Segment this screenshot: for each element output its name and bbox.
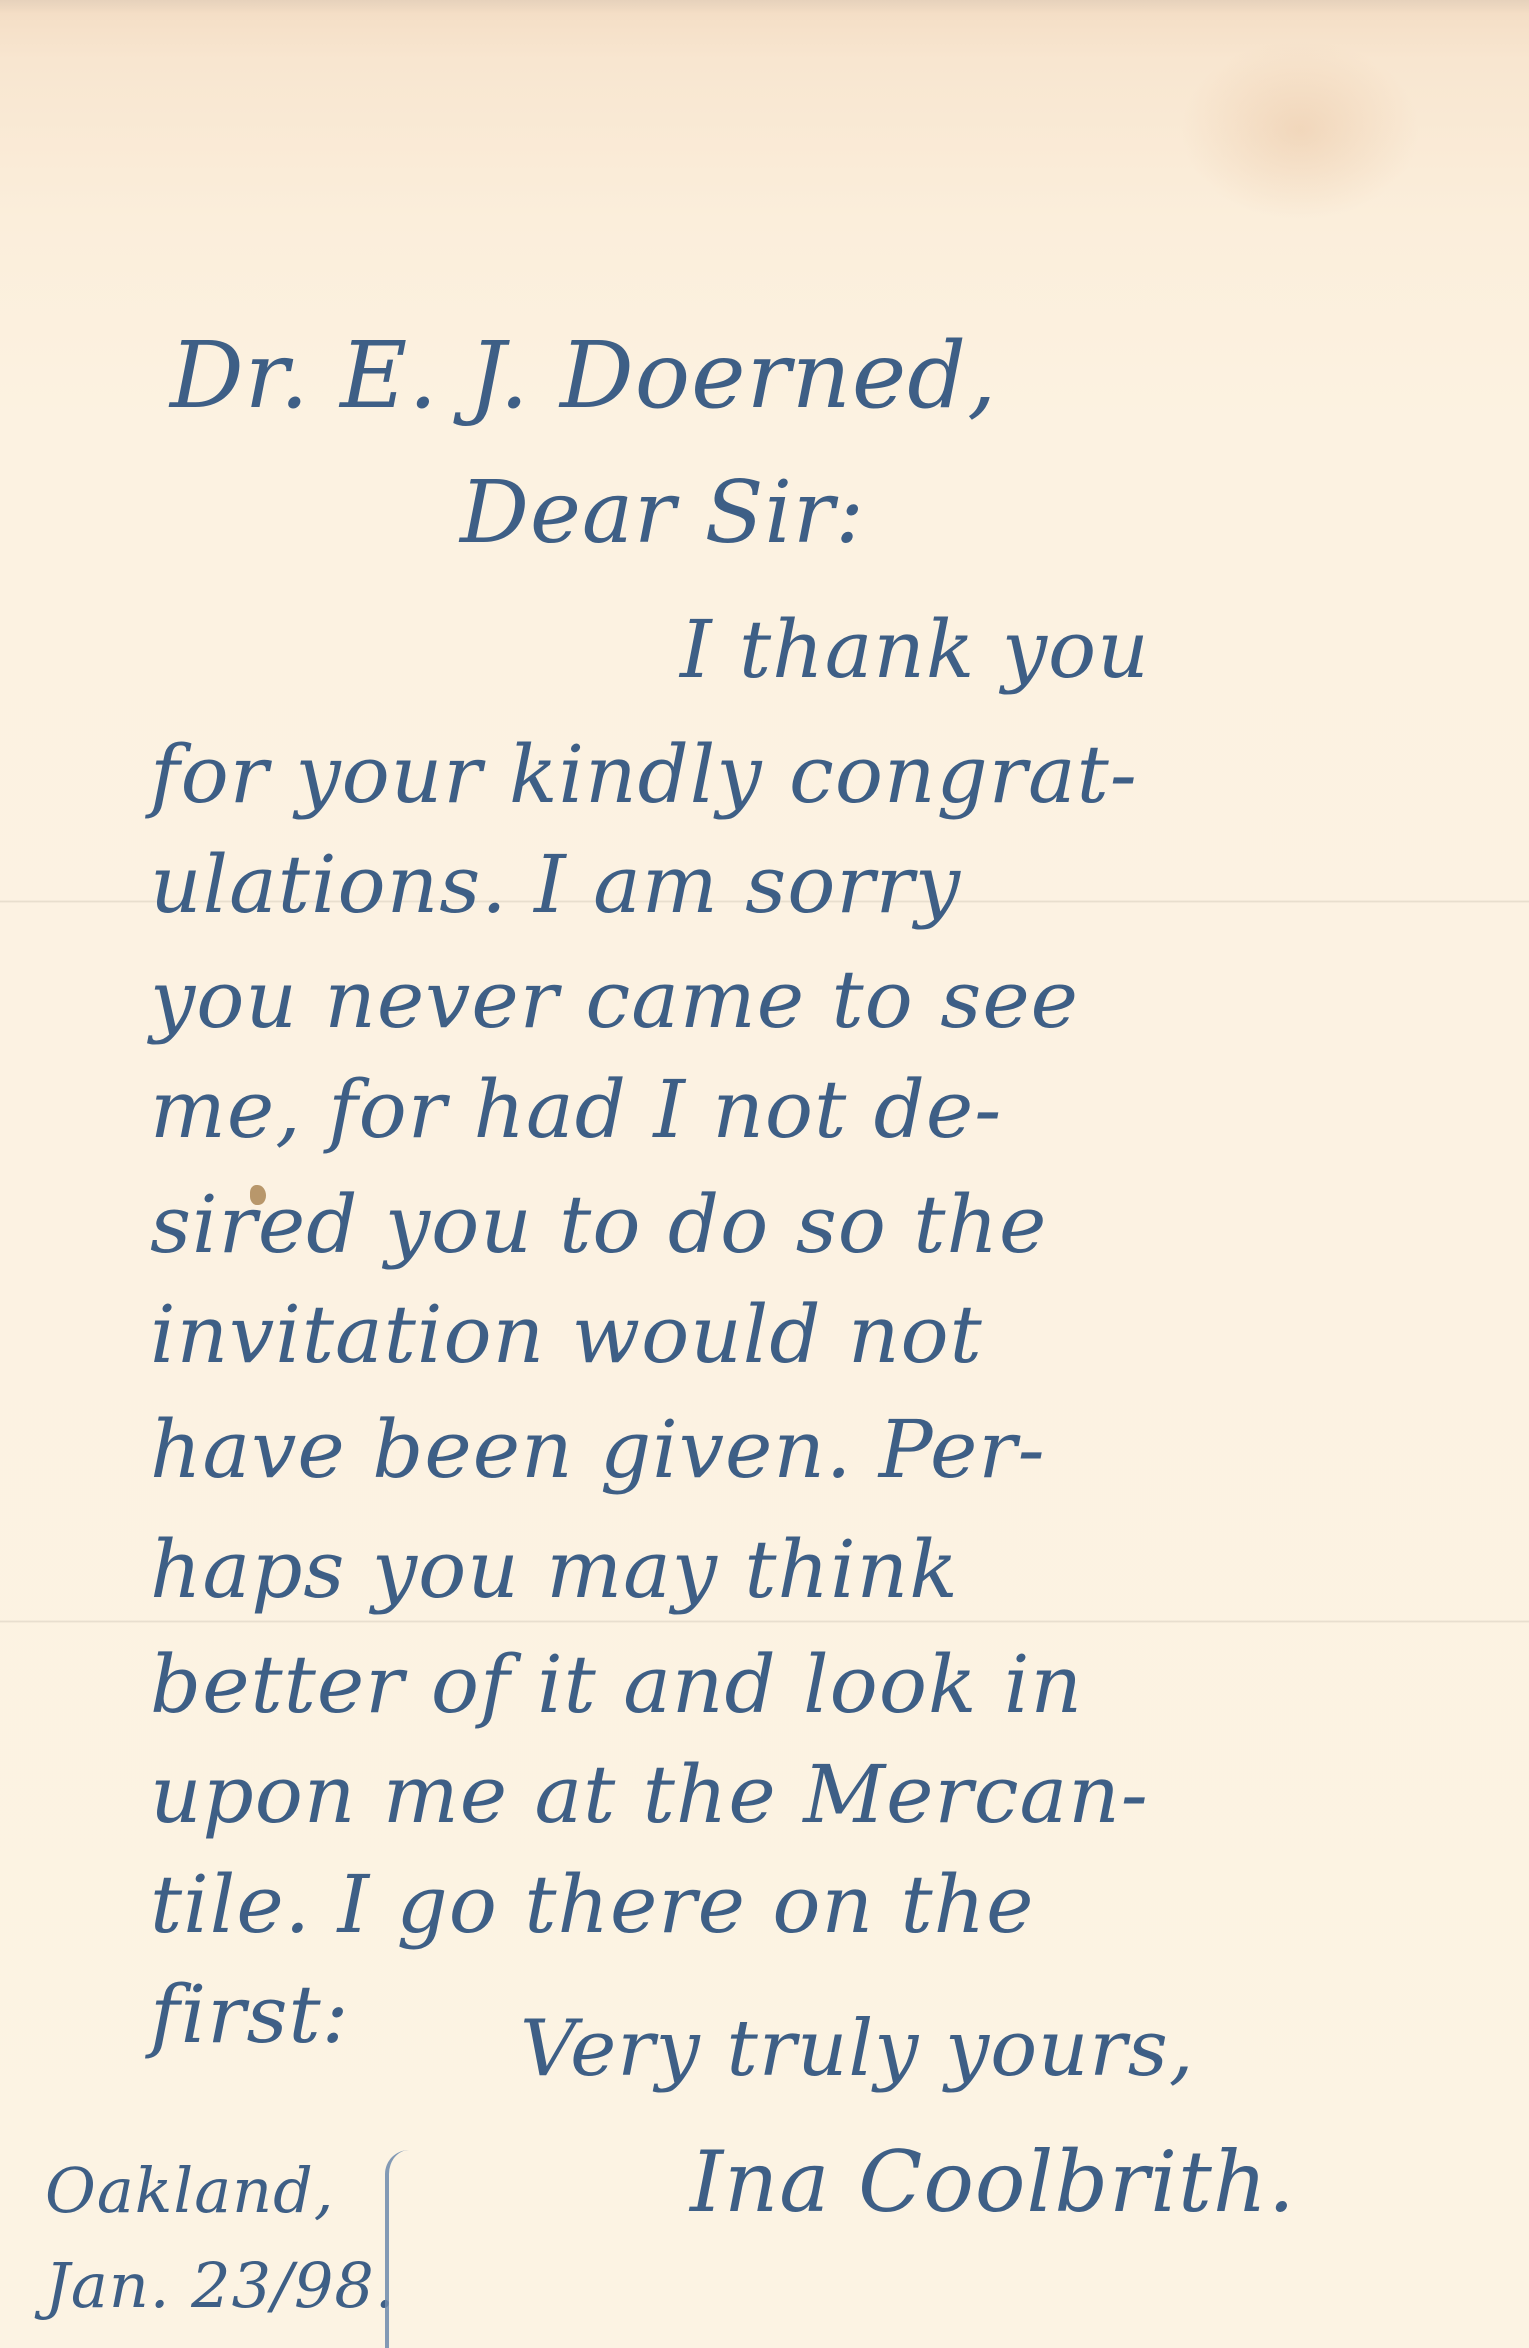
body-line: for your kindly congrat-	[150, 735, 1138, 815]
greeting: Dear Sir:	[460, 470, 865, 556]
body-line: upon me at the Mercan-	[150, 1755, 1149, 1835]
body-line: have been given. Per-	[150, 1410, 1046, 1490]
place: Oakland,	[45, 2160, 334, 2222]
date: Jan. 23/98.	[45, 2255, 396, 2317]
paper-stain	[1180, 40, 1420, 220]
paper-top-edge	[0, 0, 1529, 14]
bracket-mark	[385, 2150, 409, 2348]
body-line: first:	[150, 1975, 350, 2055]
body-line: you never came to see	[150, 960, 1079, 1040]
body-line: invitation would not	[150, 1295, 983, 1375]
closing: Very truly yours,	[520, 2010, 1195, 2088]
fold-crease	[0, 1620, 1529, 1623]
signature: Ina Coolbrith.	[690, 2140, 1296, 2224]
letter-paper: Dr. E. J. Doerned, Dear Sir: I thank you…	[0, 0, 1529, 2348]
recipient-name: Dr. E. J. Doerned,	[170, 330, 997, 422]
body-line: tile. I go there on the	[150, 1865, 1035, 1945]
body-line: I thank you	[680, 610, 1150, 690]
body-line: ulations. I am sorry	[150, 845, 961, 925]
body-line: better of it and look in	[150, 1645, 1083, 1725]
body-line: me, for had I not de-	[150, 1070, 1002, 1150]
body-line: sired you to do so the	[150, 1185, 1047, 1265]
body-line: haps you may think	[150, 1530, 959, 1610]
